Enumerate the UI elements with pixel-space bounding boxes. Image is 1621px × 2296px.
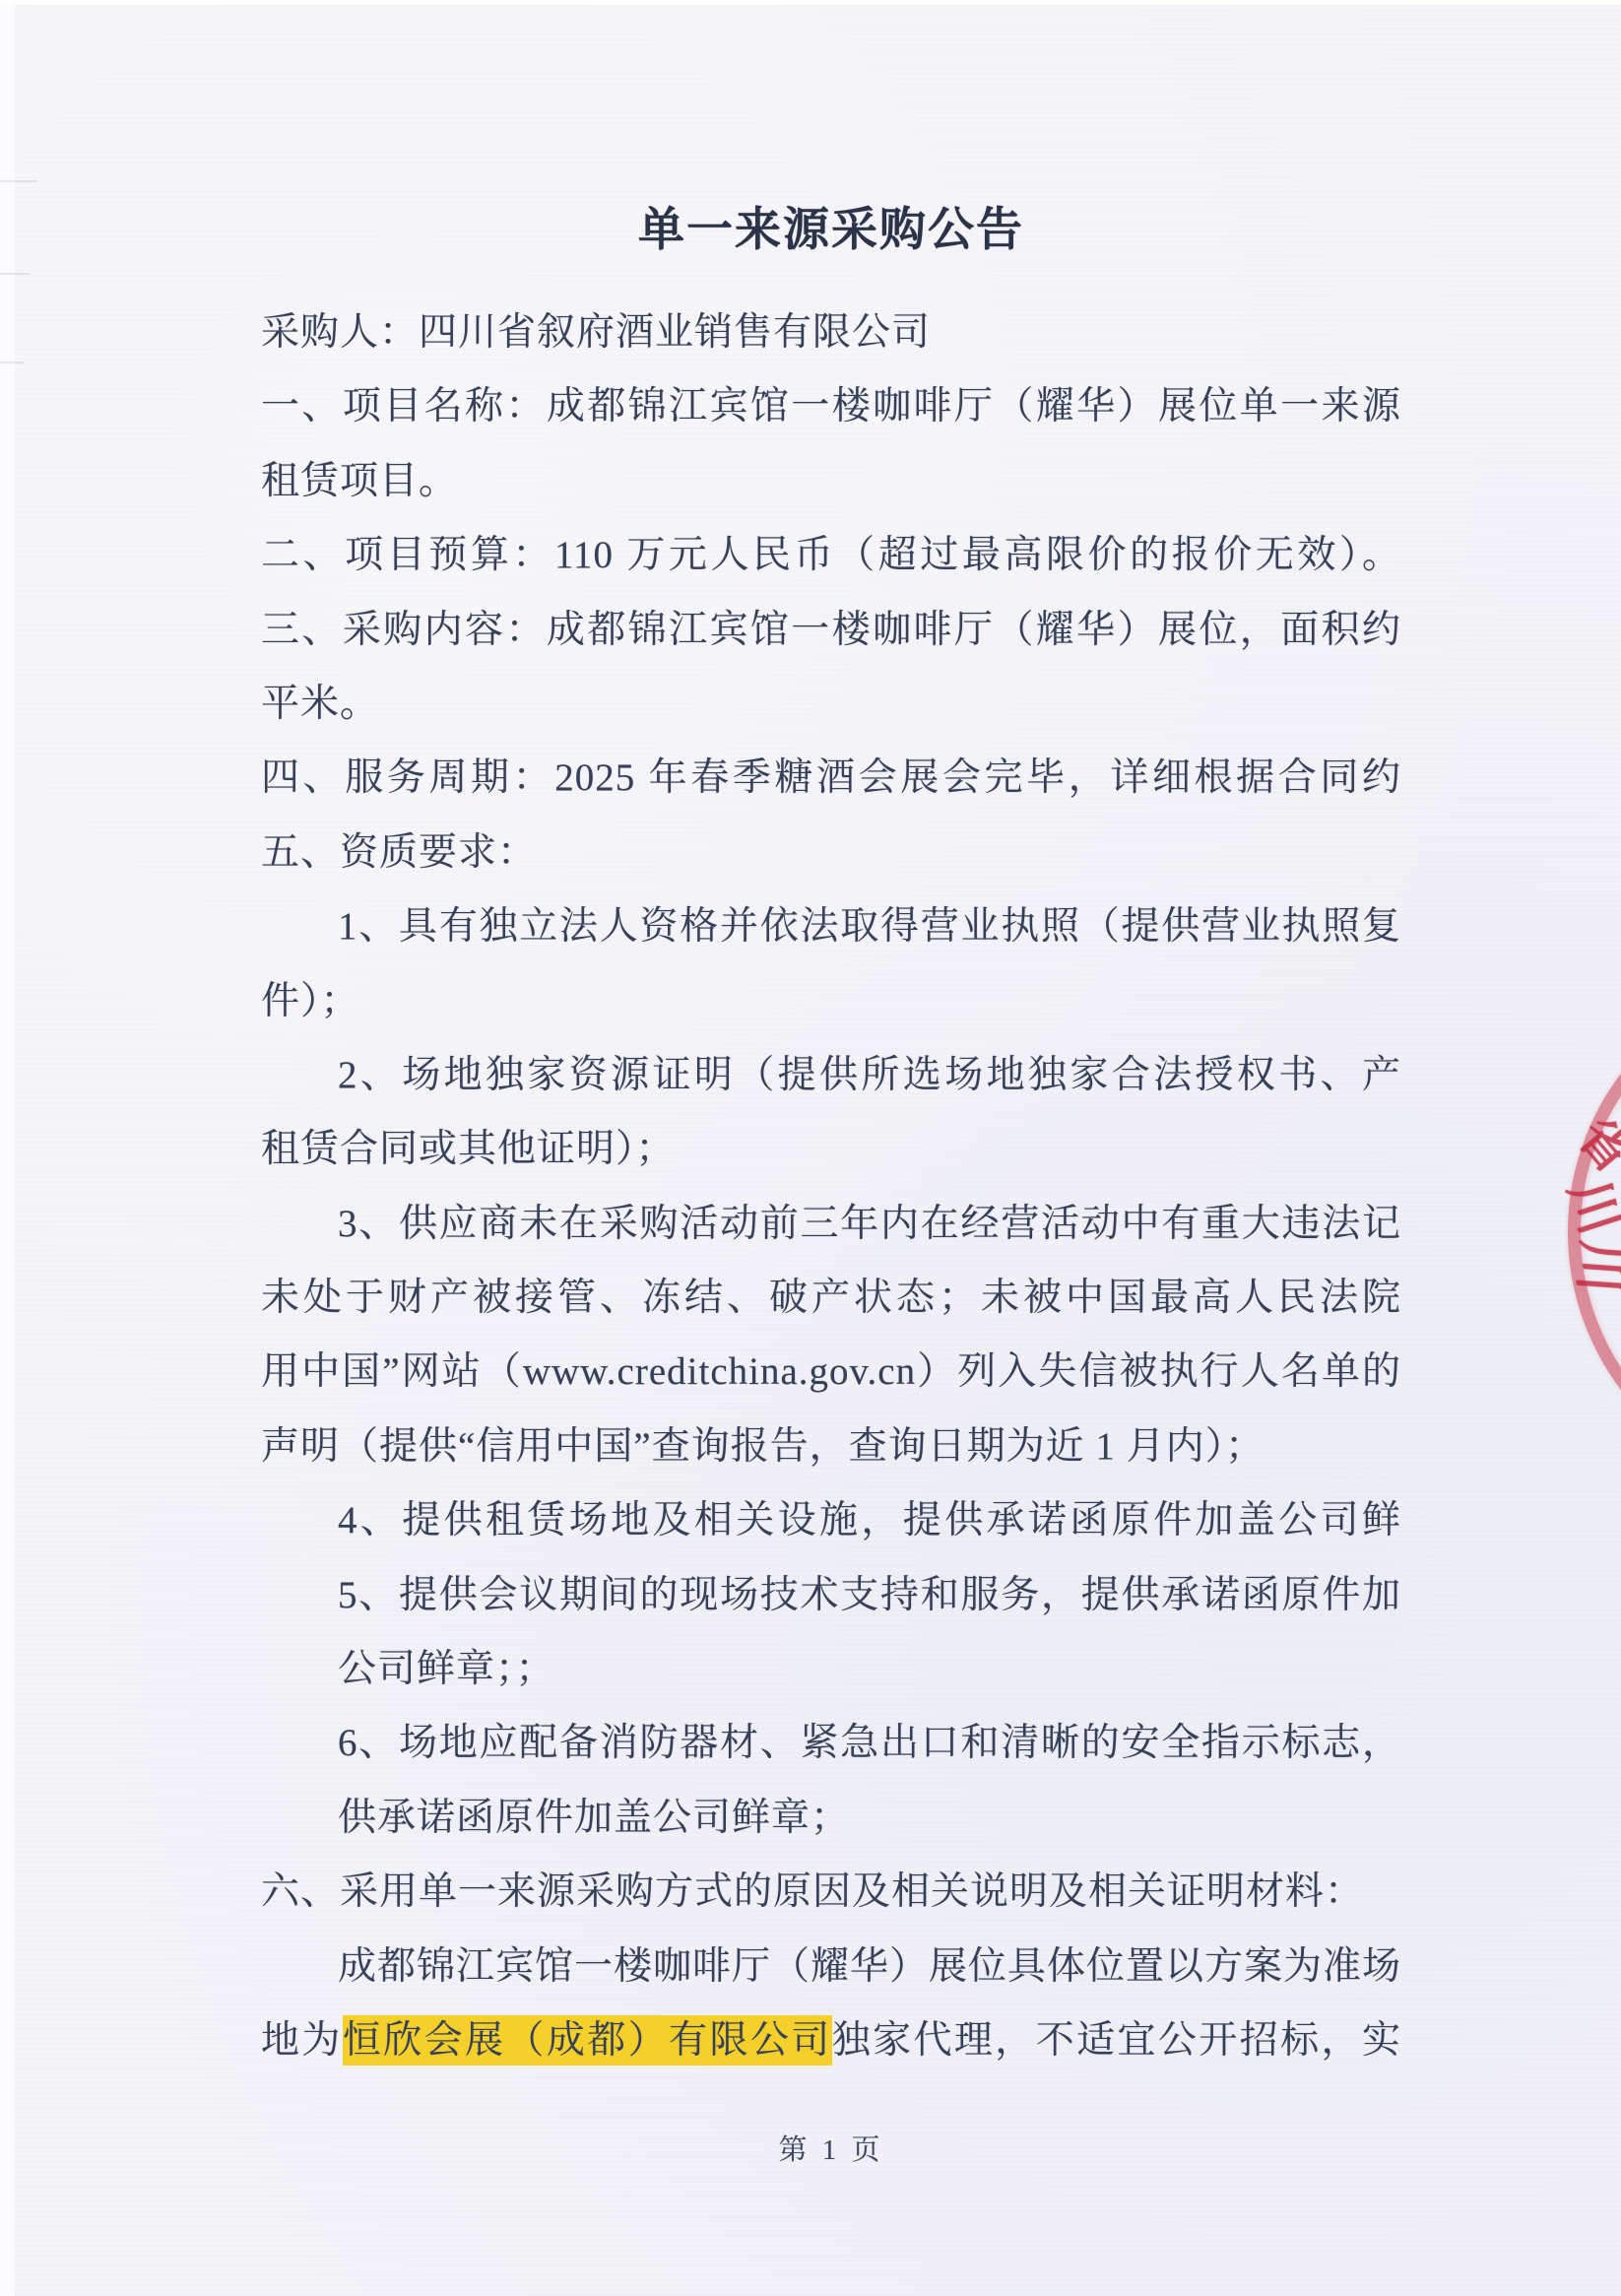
doc-line: 公司鲜章；； <box>261 1632 1401 1706</box>
doc-line: 声明（提供“信用中国”查询报告，查询日期为近 1 月内）； <box>261 1410 1401 1483</box>
doc-line: 二、项目预算：110 万元人民币（超过最高限价的报价无效）。 <box>261 518 1401 592</box>
page-number-footer: 第 1 页 <box>261 2126 1401 2175</box>
scan-artifact-line <box>0 361 24 363</box>
doc-line: 五、资质要求： <box>261 816 1401 889</box>
doc-line: 4、提供租赁场地及相关设施，提供承诺函原件加盖公司鲜章； <box>261 1483 1401 1557</box>
scan-top-edge <box>0 0 1621 5</box>
doc-line: 平米。 <box>261 667 1401 741</box>
scanned-document-page: 单一来源采购公告 采购人：四川省叙府酒业销售有限公司一、项目名称：成都锦江宾馆一… <box>0 0 1621 2296</box>
doc-line: 2、场地独家资源证明（提供所选场地独家合法授权书、产权、 <box>261 1038 1401 1112</box>
doc-line: 3、供应商未在采购活动前三年内在经营活动中有重大违法记录， <box>261 1187 1401 1261</box>
doc-line: 租赁合同或其他证明）； <box>261 1112 1401 1186</box>
doc-line: 件）； <box>261 964 1401 1038</box>
doc-line: 未处于财产被接管、冻结、破产状态；未被中国最高人民法院在“信 <box>261 1261 1401 1335</box>
highlighted-company: 恒欣会展（成都）有限公司 <box>343 2019 832 2062</box>
doc-line: 6、场地应配备消防器材、紧急出口和清晰的安全指示标志，提 <box>261 1706 1401 1780</box>
doc-line: 地为恒欣会展（成都）有限公司独家代理，不适宜公开招标，实行单 <box>261 2003 1401 2077</box>
doc-line: 六、采用单一来源采购方式的原因及相关说明及相关证明材料： <box>261 1855 1401 1929</box>
seal-character: 川 <box>1565 1238 1621 1296</box>
document-title: 单一来源采购公告 <box>261 193 1401 259</box>
doc-line: 成都锦江宾馆一楼咖啡厅（耀华）展位具体位置以方案为准场 <box>261 1930 1401 2003</box>
doc-line: 1、具有独立法人资格并依法取得营业执照（提供营业执照复印 <box>261 889 1401 963</box>
doc-line: 采购人：四川省叙府酒业销售有限公司 <box>261 295 1401 369</box>
doc-line: 租赁项目。 <box>261 444 1401 518</box>
doc-line: 一、项目名称：成都锦江宾馆一楼咖啡厅（耀华）展位单一来源场地 <box>261 369 1401 443</box>
scan-artifact-line <box>0 273 30 275</box>
doc-line: 三、采购内容：成都锦江宾馆一楼咖啡厅（耀华）展位，面积约 100 <box>261 593 1401 667</box>
doc-line: 四、服务周期：2025 年春季糖酒会展会完毕，详细根据合同约定。 <box>261 741 1401 815</box>
scan-artifact-line <box>0 180 37 182</box>
document-body: 采购人：四川省叙府酒业销售有限公司一、项目名称：成都锦江宾馆一楼咖啡厅（耀华）展… <box>261 295 1401 2077</box>
doc-line: 用中国”网站（www.creditchina.gov.cn）列入失信被执行人名单… <box>261 1335 1401 1409</box>
scan-left-edge <box>0 0 15 2296</box>
doc-line: 供承诺函原件加盖公司鲜章； <box>261 1781 1401 1855</box>
doc-line-text: 地为 <box>261 2019 343 2062</box>
doc-line: 5、提供会议期间的现场技术支持和服务，提供承诺函原件加盖 <box>261 1558 1401 1632</box>
